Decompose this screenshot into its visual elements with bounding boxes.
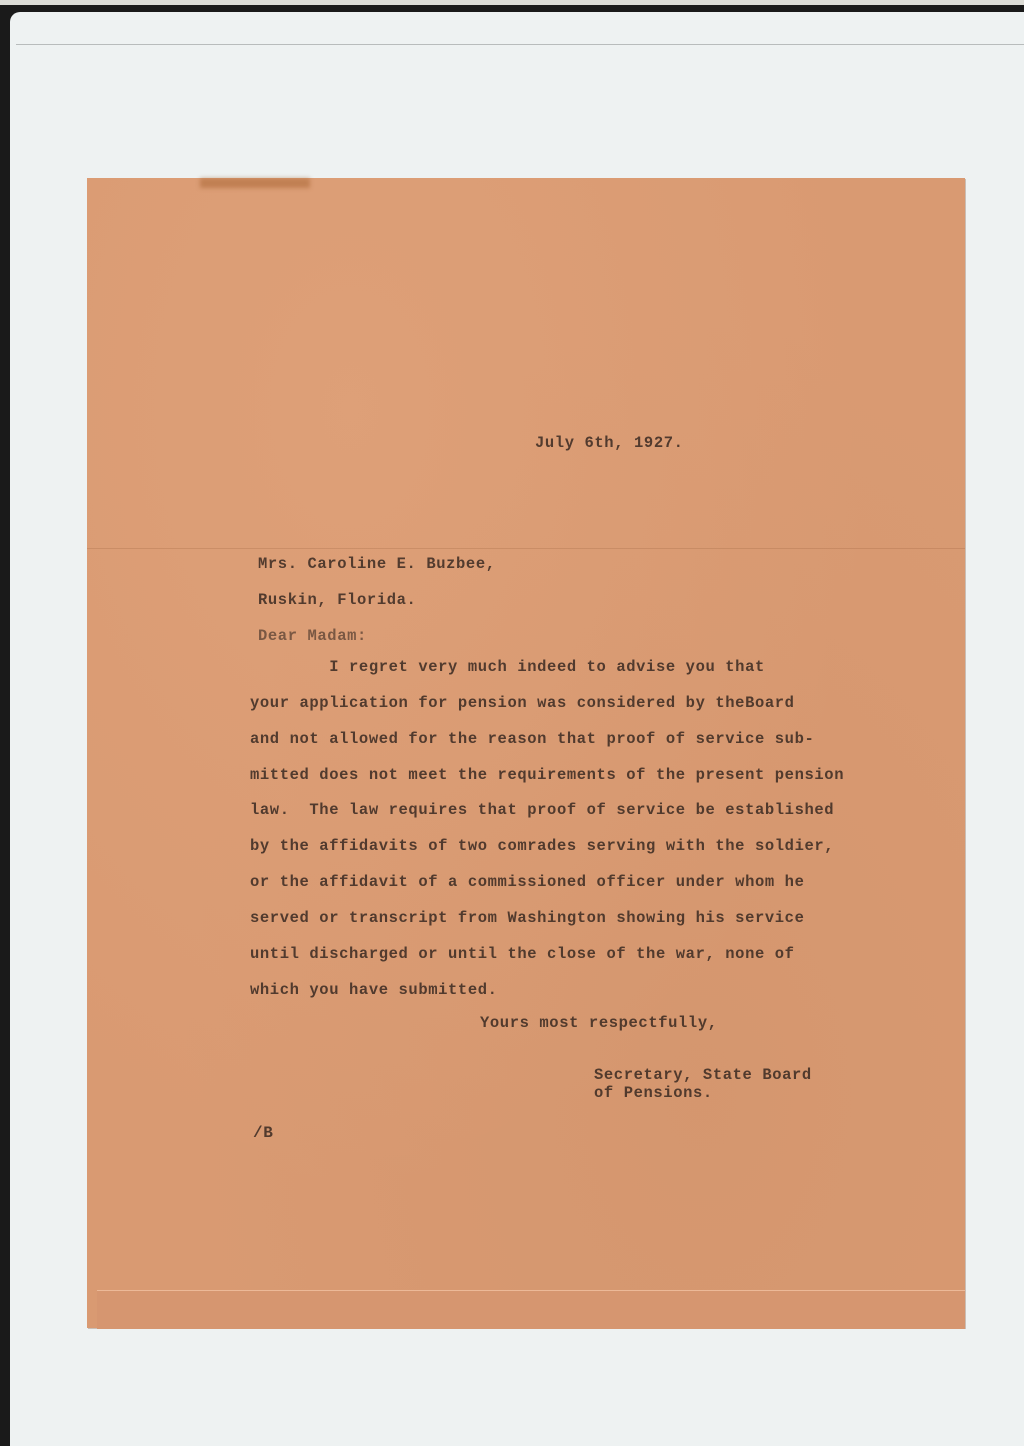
body-line: which you have submitted. bbox=[250, 981, 498, 999]
signature-title: Secretary, State Board bbox=[594, 1066, 812, 1084]
scan-edge-line bbox=[16, 44, 1024, 45]
typist-initials: /B bbox=[253, 1124, 273, 1142]
letter-date: July 6th, 1927. bbox=[535, 434, 684, 452]
body-line: and not allowed for the reason that proo… bbox=[250, 730, 814, 748]
fold-crease bbox=[87, 548, 965, 549]
body-line: law. The law requires that proof of serv… bbox=[250, 801, 834, 819]
scan-top-edge bbox=[0, 0, 1024, 5]
recipient-address: Ruskin, Florida. bbox=[258, 591, 416, 609]
salutation: Dear Madam: bbox=[258, 627, 367, 645]
letter-paper bbox=[87, 178, 965, 1328]
body-line: until discharged or until the close of t… bbox=[250, 945, 795, 963]
paper-stain bbox=[200, 178, 310, 188]
paper-fold-bottom bbox=[97, 1290, 965, 1329]
body-line: or the affidavit of a commissioned offic… bbox=[250, 873, 804, 891]
recipient-name: Mrs. Caroline E. Buzbee, bbox=[258, 555, 496, 573]
body-line: mitted does not meet the requirements of… bbox=[250, 766, 844, 784]
body-line: I regret very much indeed to advise you … bbox=[250, 658, 765, 676]
body-line: by the affidavits of two comrades servin… bbox=[250, 837, 834, 855]
body-line: your application for pension was conside… bbox=[250, 694, 795, 712]
closing: Yours most respectfully, bbox=[480, 1014, 718, 1032]
body-line: served or transcript from Washington sho… bbox=[250, 909, 804, 927]
signature-org: of Pensions. bbox=[594, 1084, 713, 1102]
